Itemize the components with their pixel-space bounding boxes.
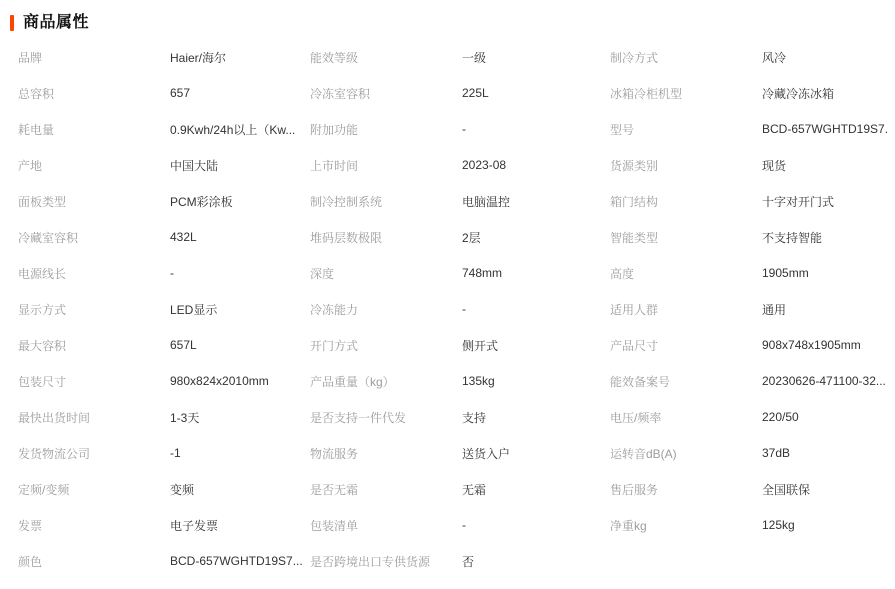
attribute-cell: 发票电子发票: [18, 507, 310, 543]
attribute-value: 侧开式: [462, 337, 498, 354]
attribute-value: 全国联保: [762, 481, 810, 498]
attribute-value: 220/50: [762, 410, 799, 424]
attribute-value: -1: [170, 446, 181, 460]
attribute-label: 发货物流公司: [18, 445, 170, 462]
attribute-value: 变频: [170, 481, 194, 498]
attribute-label: 冷冻能力: [310, 301, 462, 318]
attribute-value: 支持: [462, 409, 486, 426]
attribute-label: 电源线长: [18, 265, 170, 282]
attribute-cell: 电压/频率220/50: [610, 399, 887, 435]
attribute-value: 一级: [462, 49, 486, 66]
attribute-value: LED显示: [170, 301, 217, 318]
attribute-label: 上市时间: [310, 157, 462, 174]
attribute-cell: 制冷方式风冷: [610, 39, 887, 75]
attribute-label: 产品重量（kg）: [310, 373, 462, 390]
attribute-label: 冷藏室容积: [18, 229, 170, 246]
attribute-cell: 运转音dB(A)37dB: [610, 435, 887, 471]
attribute-label: 总容积: [18, 85, 170, 102]
attribute-label: 适用人群: [610, 301, 762, 318]
attribute-cell: 货源类别现货: [610, 147, 887, 183]
attribute-cell: 冷冻室容积225L: [310, 75, 610, 111]
attribute-label: 颜色: [18, 553, 170, 570]
attribute-cell: 制冷控制系统电脑温控: [310, 183, 610, 219]
attribute-value: -: [462, 122, 466, 136]
attribute-value: PCM彩涂板: [170, 193, 233, 210]
attribute-value: 1905mm: [762, 266, 809, 280]
section-header: 商品属性: [0, 0, 895, 32]
attribute-value: BCD-657WGHTD19S7...: [762, 122, 887, 136]
attribute-cell: 定频/变频变频: [18, 471, 310, 507]
attribute-label: 净重kg: [610, 517, 762, 534]
attribute-label: 最快出货时间: [18, 409, 170, 426]
attribute-label: 显示方式: [18, 301, 170, 318]
attribute-value: 风冷: [762, 49, 786, 66]
attribute-cell: 耗电量0.9Kwh/24h以上（Kw...: [18, 111, 310, 147]
attribute-value: 1-3天: [170, 409, 199, 426]
title-accent-bar: [10, 15, 14, 31]
attribute-cell: 开门方式侧开式: [310, 327, 610, 363]
attribute-value: 送货入户: [462, 445, 510, 462]
attribute-cell: 上市时间2023-08: [310, 147, 610, 183]
attribute-value: 125kg: [762, 518, 795, 532]
attribute-value: 十字对开门式: [762, 193, 834, 210]
product-attributes-panel: 商品属性 品牌Haier/海尔能效等级一级制冷方式风冷总容积657冷冻室容积22…: [0, 0, 895, 589]
attribute-label: 附加功能: [310, 121, 462, 138]
attribute-label: 制冷控制系统: [310, 193, 462, 210]
attribute-cell: 品牌Haier/海尔: [18, 39, 310, 75]
attribute-cell: 冷藏室容积432L: [18, 219, 310, 255]
attribute-cell: 箱门结构十字对开门式: [610, 183, 887, 219]
attribute-value: 432L: [170, 230, 197, 244]
attribute-label: 售后服务: [610, 481, 762, 498]
attribute-value: 中国大陆: [170, 157, 218, 174]
attribute-label: 品牌: [18, 49, 170, 66]
attribute-label: 产品尺寸: [610, 337, 762, 354]
attribute-label: 制冷方式: [610, 49, 762, 66]
attribute-cell: 型号BCD-657WGHTD19S7...: [610, 111, 887, 147]
attribute-cell: 冰箱冷柜机型冷藏冷冻冰箱: [610, 75, 887, 111]
attribute-label: 面板类型: [18, 193, 170, 210]
attribute-cell: 产品尺寸908x748x1905mm: [610, 327, 887, 363]
attribute-value: 20230626-471100-32...: [762, 374, 886, 388]
attribute-value: 不支持智能: [762, 229, 822, 246]
attribute-cell: 是否支持一件代发支持: [310, 399, 610, 435]
attribute-cell: 最大容积657L: [18, 327, 310, 363]
attribute-value: 908x748x1905mm: [762, 338, 861, 352]
attribute-value: 135kg: [462, 374, 495, 388]
attribute-label: 型号: [610, 121, 762, 138]
attribute-label: 包装清单: [310, 517, 462, 534]
attribute-cell: 面板类型PCM彩涂板: [18, 183, 310, 219]
attribute-value: BCD-657WGHTD19S7...: [170, 554, 303, 568]
attribute-value: 否: [462, 553, 474, 570]
attribute-value: 冷藏冷冻冰箱: [762, 85, 834, 102]
attribute-label: 堆码层数极限: [310, 229, 462, 246]
attribute-cell: 颜色BCD-657WGHTD19S7...: [18, 543, 310, 579]
attribute-cell: 能效备案号20230626-471100-32...: [610, 363, 887, 399]
attribute-value: 0.9Kwh/24h以上（Kw...: [170, 121, 295, 138]
attribute-cell: 最快出货时间1-3天: [18, 399, 310, 435]
attribute-value: 现货: [762, 157, 786, 174]
attribute-label: 能效等级: [310, 49, 462, 66]
attribute-value: Haier/海尔: [170, 49, 226, 66]
attribute-label: 能效备案号: [610, 373, 762, 390]
attribute-label: 冷冻室容积: [310, 85, 462, 102]
attribute-cell: 包装尺寸980x824x2010mm: [18, 363, 310, 399]
attribute-value: 748mm: [462, 266, 502, 280]
attribute-cell: 总容积657: [18, 75, 310, 111]
attribute-cell: 物流服务送货入户: [310, 435, 610, 471]
attribute-cell: 能效等级一级: [310, 39, 610, 75]
section-title: 商品属性: [23, 14, 89, 32]
attribute-value: 980x824x2010mm: [170, 374, 269, 388]
attribute-cell: 显示方式LED显示: [18, 291, 310, 327]
attribute-cell: 高度1905mm: [610, 255, 887, 291]
attribute-cell: 适用人群通用: [610, 291, 887, 327]
attribute-cell: 是否跨境出口专供货源否: [310, 543, 610, 579]
attribute-value: 657L: [170, 338, 197, 352]
attribute-cell: 是否无霜无霜: [310, 471, 610, 507]
attribute-cell: 包装清单-: [310, 507, 610, 543]
attribute-cell: 堆码层数极限2层: [310, 219, 610, 255]
attribute-cell: 净重kg125kg: [610, 507, 887, 543]
attribute-label: 运转音dB(A): [610, 445, 762, 462]
attribute-value: 电脑温控: [462, 193, 510, 210]
attribute-label: 耗电量: [18, 121, 170, 138]
attribute-value: -: [462, 302, 466, 316]
attribute-label: 最大容积: [18, 337, 170, 354]
attribute-cell: 深度748mm: [310, 255, 610, 291]
attribute-label: 高度: [610, 265, 762, 282]
attribute-cell: 智能类型不支持智能: [610, 219, 887, 255]
attribute-label: 是否无霜: [310, 481, 462, 498]
attribute-label: 深度: [310, 265, 462, 282]
attribute-cell: 电源线长-: [18, 255, 310, 291]
attribute-value: 无霜: [462, 481, 486, 498]
attribute-label: 冰箱冷柜机型: [610, 85, 762, 102]
attribute-value: 2023-08: [462, 158, 506, 172]
attribute-cell: 附加功能-: [310, 111, 610, 147]
attribute-value: 657: [170, 86, 190, 100]
attribute-value: -: [170, 266, 174, 280]
attribute-label: 电压/频率: [610, 409, 762, 426]
attribute-value: 2层: [462, 229, 481, 246]
attribute-cell: 发货物流公司-1: [18, 435, 310, 471]
attribute-value: 37dB: [762, 446, 790, 460]
attribute-cell: 产地中国大陆: [18, 147, 310, 183]
attribute-label: 包装尺寸: [18, 373, 170, 390]
attribute-cell: 产品重量（kg）135kg: [310, 363, 610, 399]
attribute-label: 发票: [18, 517, 170, 534]
attribute-value: 通用: [762, 301, 786, 318]
attribute-label: 箱门结构: [610, 193, 762, 210]
attribute-label: 物流服务: [310, 445, 462, 462]
attribute-cell: 冷冻能力-: [310, 291, 610, 327]
attribute-cell: 售后服务全国联保: [610, 471, 887, 507]
attribute-label: 是否跨境出口专供货源: [310, 553, 462, 570]
attribute-value: 225L: [462, 86, 489, 100]
attribute-label: 智能类型: [610, 229, 762, 246]
attribute-label: 产地: [18, 157, 170, 174]
attribute-value: 电子发票: [170, 517, 218, 534]
attributes-grid: 品牌Haier/海尔能效等级一级制冷方式风冷总容积657冷冻室容积225L冰箱冷…: [18, 39, 895, 579]
attribute-label: 货源类别: [610, 157, 762, 174]
attribute-value: -: [462, 518, 466, 532]
attribute-label: 是否支持一件代发: [310, 409, 462, 426]
attribute-label: 开门方式: [310, 337, 462, 354]
attribute-label: 定频/变频: [18, 481, 170, 498]
